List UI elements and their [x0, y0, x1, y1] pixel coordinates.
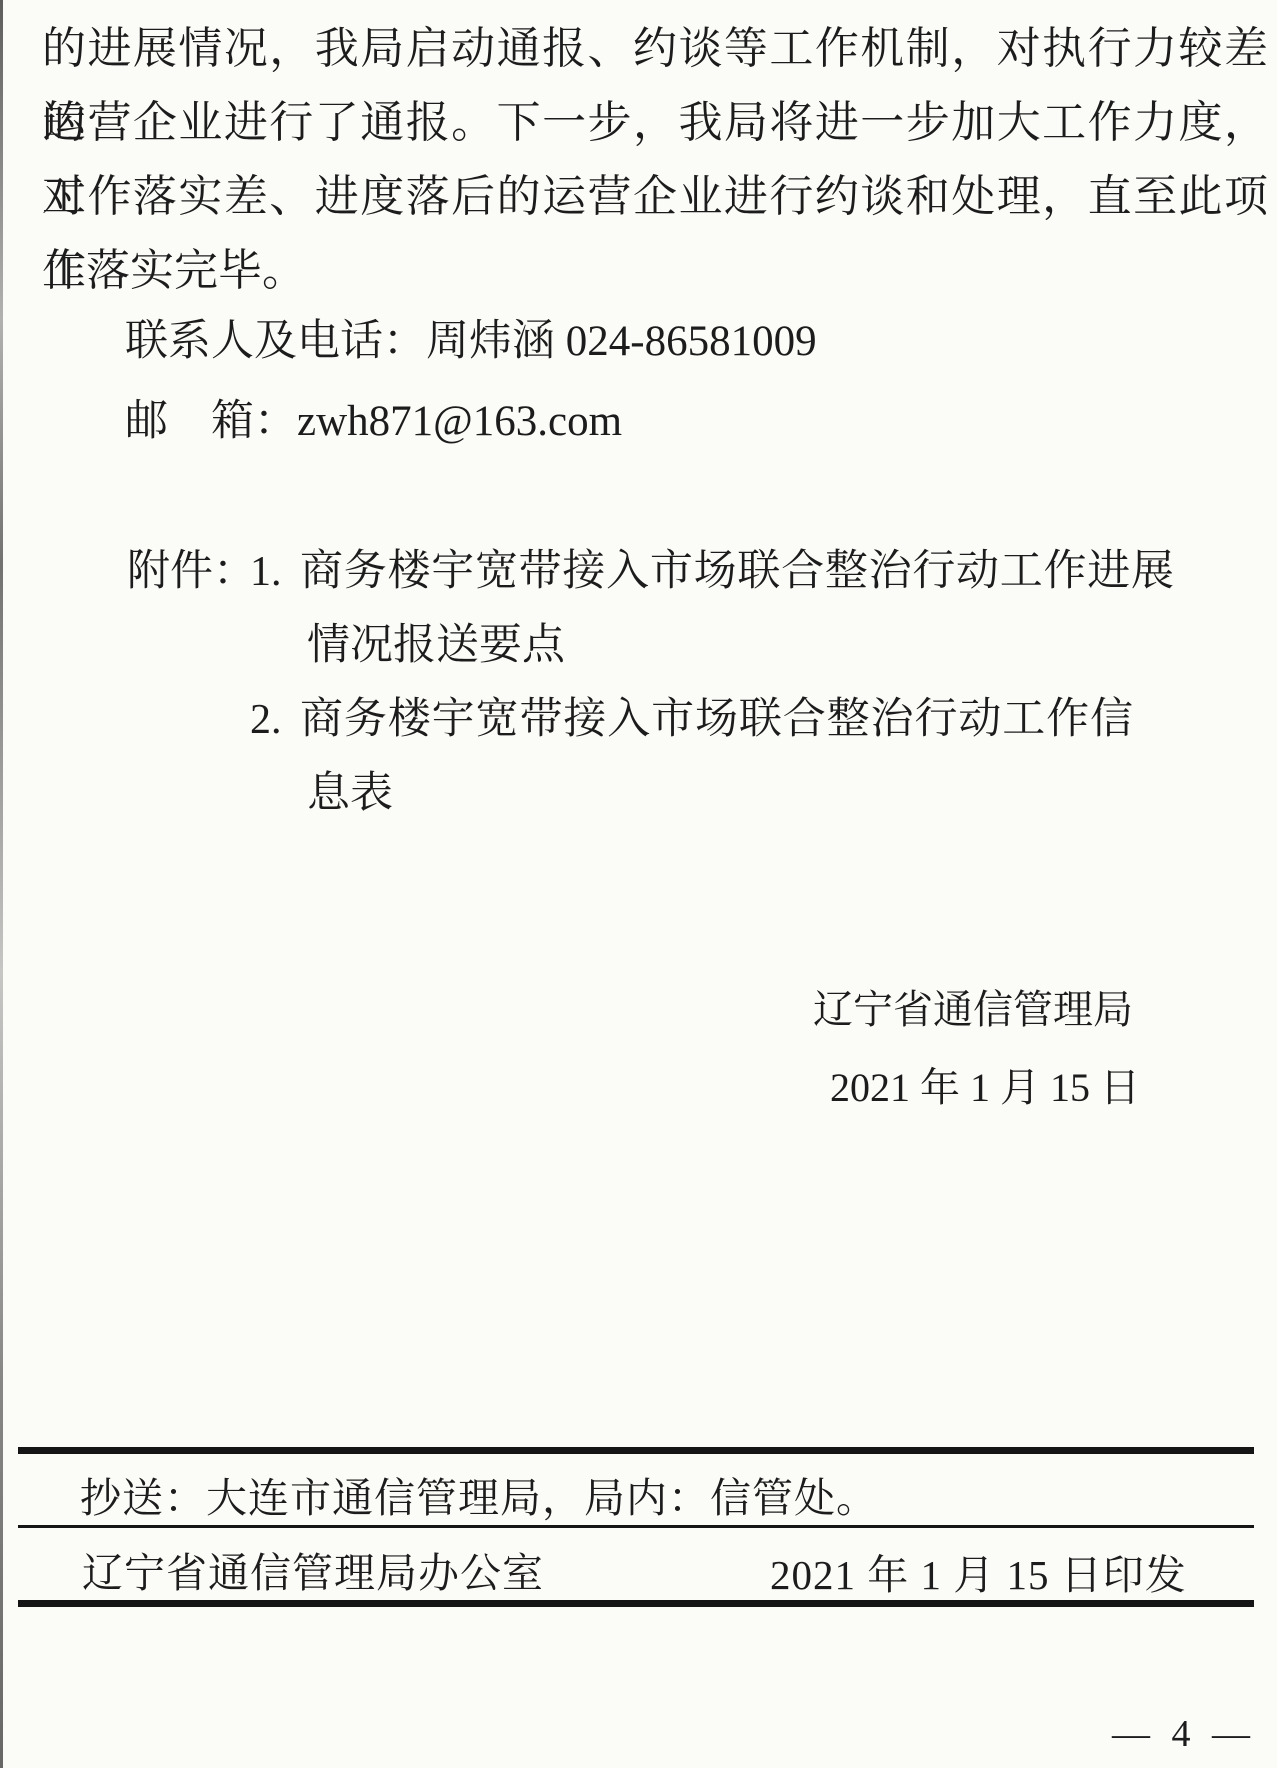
attachment-item-title: 商务楼宇宽带接入市场联合整治行动工作信 — [300, 694, 1133, 746]
footer-rule-middle — [18, 1525, 1254, 1528]
contact-name: 周炜涵 — [426, 318, 555, 365]
body-line: 作落实完毕。 — [42, 234, 1268, 308]
signature-date: 2021 年 1 月 15 日 — [830, 1062, 1140, 1114]
contact-email-label: 邮 箱： — [125, 398, 297, 445]
contact-email-line: 邮 箱：zwh871@163.com — [125, 396, 622, 448]
attachments-label: 附件： — [127, 546, 256, 598]
attachment-item-title-continuation: 情况报送要点 — [307, 620, 565, 672]
contact-phone-number: 024-86581009 — [566, 318, 817, 365]
footer-issuing-office: 辽宁省通信管理局办公室 — [82, 1548, 544, 1598]
attachment-item-number: 2. — [250, 694, 282, 746]
footer-print-date: 2021 年 1 月 15 日印发 — [770, 1550, 1187, 1600]
contact-email-address: zwh871@163.com — [297, 398, 622, 445]
attachment-item-title: 商务楼宇宽带接入市场联合整治行动工作进展 — [300, 546, 1174, 598]
page-number: — 4 — — [1112, 1712, 1256, 1756]
footer-copy-line: 抄送：大连市通信管理局，局内：信管处。 — [80, 1473, 878, 1523]
contact-phone-line: 联系人及电话：周炜涵 024-86581009 — [125, 316, 817, 368]
contact-phone-label: 联系人及电话： — [125, 318, 426, 365]
attachment-item-number: 1. — [250, 546, 282, 598]
body-line: 的进展情况，我局启动通报、约谈等工作机制，对执行力较差的 — [42, 12, 1268, 86]
footer-rule-top — [18, 1447, 1254, 1454]
document-page: 的进展情况，我局启动通报、约谈等工作机制，对执行力较差的 运营企业进行了通报。下… — [0, 0, 1277, 1768]
attachment-item-title-continuation: 息表 — [307, 768, 393, 820]
signature-organization: 辽宁省通信管理局 — [813, 984, 1133, 1036]
scan-edge-artifact — [0, 0, 3, 1768]
footer-rule-bottom — [18, 1600, 1254, 1607]
body-line: 工作落实差、进度落后的运营企业进行约谈和处理，直至此项工 — [42, 160, 1268, 234]
body-line: 运营企业进行了通报。下一步，我局将进一步加大工作力度，对 — [42, 86, 1268, 160]
